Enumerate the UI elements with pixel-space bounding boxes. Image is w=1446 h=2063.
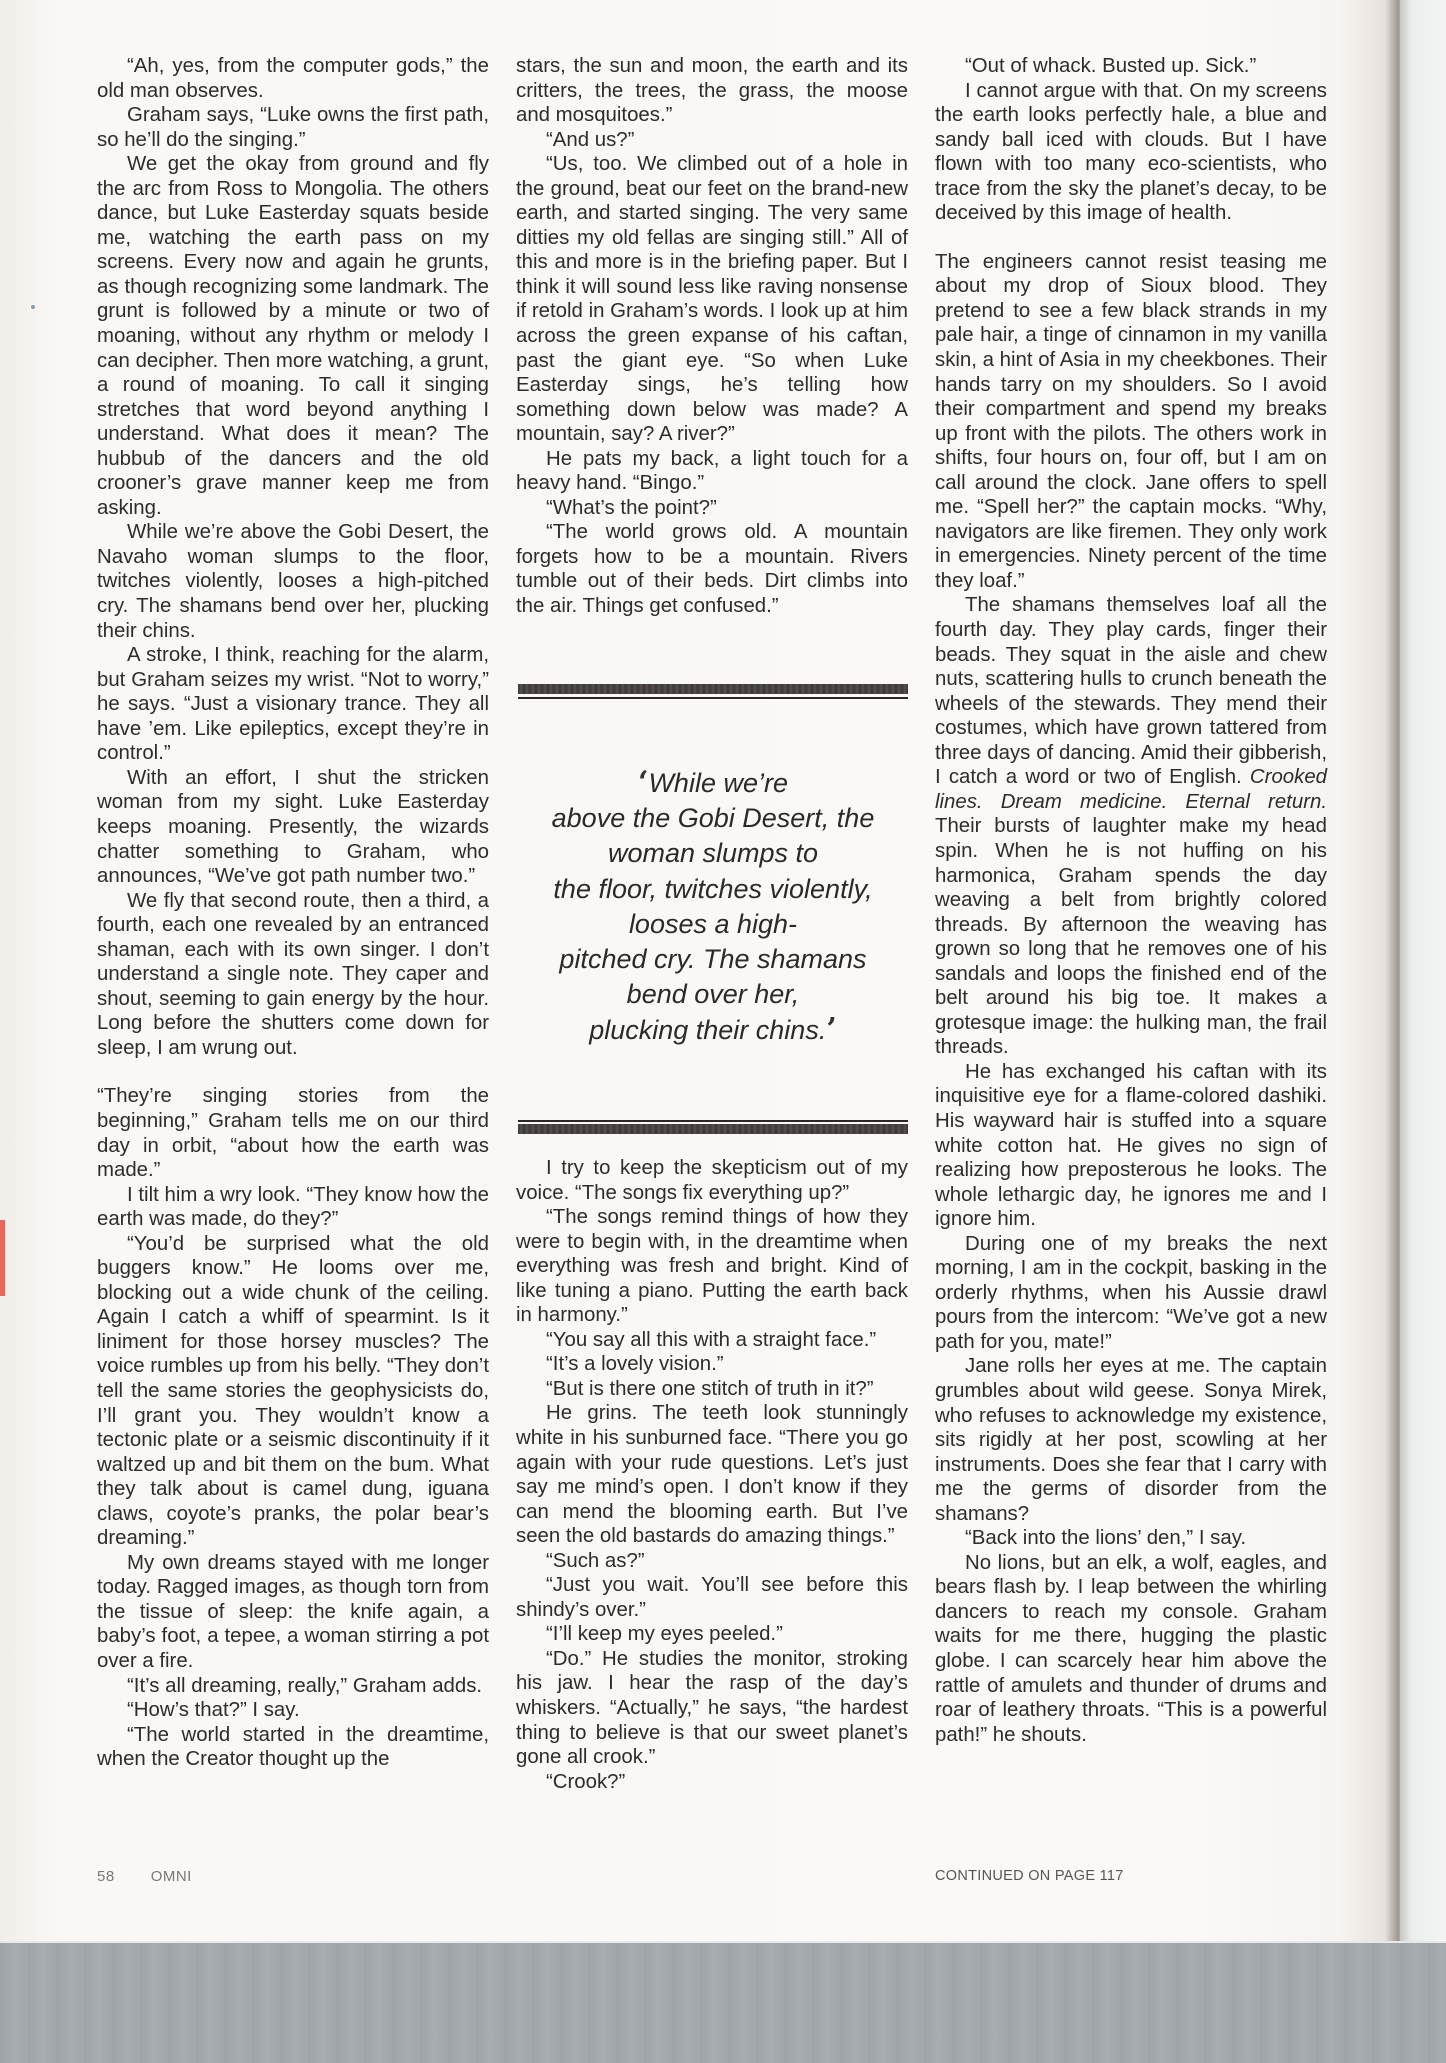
paragraph: A stroke, I think, reaching for the alar… — [97, 643, 489, 766]
paragraph: “Back into the lions’ den,” I say. — [935, 1526, 1327, 1551]
paragraph: I tilt him a wry look. “They know how th… — [97, 1183, 489, 1232]
paragraph: While we’re above the Gobi Desert, the N… — [97, 520, 489, 643]
paragraph: He pats my back, a light touch for a hea… — [516, 447, 908, 496]
paragraph: “How’s that?” I say. — [97, 1698, 489, 1723]
paragraph: I try to keep the skepticism out of my v… — [516, 1156, 908, 1205]
scanner-background — [0, 1941, 1446, 2063]
paragraph: He has exchanged his caftan with its inq… — [935, 1060, 1327, 1232]
paragraph: “You’d be surprised what the old buggers… — [97, 1232, 489, 1551]
print-speck — [31, 305, 35, 309]
close-quote-icon: ’ — [826, 1012, 836, 1047]
paragraph: “The world grows old. A mountain forgets… — [516, 520, 908, 618]
paragraph: “And us?” — [516, 128, 908, 153]
paragraph: I cannot argue with that. On my screens … — [935, 79, 1327, 226]
section-start-paragraph: “They’re singing stories from the beginn… — [97, 1084, 489, 1182]
pullquote-bottom-thin-rule — [518, 1120, 908, 1122]
section-start-paragraph: The engineers cannot resist teasing me a… — [935, 250, 1327, 594]
pull-quote: ‘While we’re above the Gobi Desert, the … — [518, 765, 908, 1049]
paragraph: “Us, too. We climbed out of a hole in th… — [516, 152, 908, 447]
article-column-middle: stars, the sun and moon, the earth and i… — [516, 54, 908, 619]
pullquote-line: looses a high- — [518, 907, 908, 942]
paragraph: “The songs remind things of how they wer… — [516, 1205, 908, 1328]
red-edge-mark — [0, 1220, 5, 1296]
magazine-name: OMNI — [151, 1868, 192, 1885]
paragraph: “Out of whack. Busted up. Sick.” — [935, 54, 1327, 79]
paragraph: No lions, but an elk, a wolf, eagles, an… — [935, 1551, 1327, 1747]
paragraph: “What’s the point?” — [516, 496, 908, 521]
paragraph: Graham says, “Luke owns the first path, … — [97, 103, 489, 152]
pullquote-line: the floor, twitches violently, — [518, 872, 908, 907]
article-column-left: “Ah, yes, from the computer gods,” the o… — [97, 54, 489, 1772]
paragraph: The shamans themselves loaf all the four… — [935, 593, 1327, 1059]
paragraph: “Crook?” — [516, 1770, 908, 1795]
paragraph: During one of my breaks the next morning… — [935, 1232, 1327, 1355]
paragraph: “Just you wait. You’ll see before this s… — [516, 1573, 908, 1622]
article-column-middle-continued: I try to keep the skepticism out of my v… — [516, 1156, 908, 1794]
page-footer: 58OMNI — [97, 1868, 192, 1885]
pullquote-top-thin-rule — [518, 697, 908, 699]
page-number: 58 — [97, 1868, 115, 1885]
paragraph: My own dreams stayed with me longer toda… — [97, 1551, 489, 1674]
paragraph: “It’s all dreaming, really,” Graham adds… — [97, 1674, 489, 1699]
pullquote-line: pitched cry. The shamans — [518, 942, 908, 977]
paragraph: “Ah, yes, from the computer gods,” the o… — [97, 54, 489, 103]
paragraph: “Do.” He studies the monitor, stroking h… — [516, 1647, 908, 1770]
paragraph: With an effort, I shut the stricken woma… — [97, 766, 489, 889]
article-column-right: “Out of whack. Busted up. Sick.” I canno… — [935, 54, 1327, 1747]
pullquote-bottom-thick-rule — [518, 1124, 908, 1134]
paragraph: stars, the sun and moon, the earth and i… — [516, 54, 908, 128]
paragraph: We get the okay from ground and fly the … — [97, 152, 489, 520]
open-quote-icon: ‘ — [638, 765, 648, 800]
pullquote-line: ‘While we’re — [518, 765, 908, 801]
paragraph: We fly that second route, then a third, … — [97, 889, 489, 1061]
paragraph: “But is there one stitch of truth in it?… — [516, 1377, 908, 1402]
paragraph: “It’s a lovely vision.” — [516, 1352, 908, 1377]
paragraph: “Such as?” — [516, 1549, 908, 1574]
pullquote-line: plucking their chins.’ — [518, 1012, 908, 1048]
pullquote-line: above the Gobi Desert, the — [518, 801, 908, 836]
continued-notice: CONTINUED ON PAGE 117 — [935, 1868, 1124, 1884]
paragraph: He grins. The teeth look stunningly whit… — [516, 1401, 908, 1548]
pullquote-line: bend over her, — [518, 977, 908, 1012]
pullquote-line: woman slumps to — [518, 836, 908, 871]
paragraph: “I’ll keep my eyes peeled.” — [516, 1622, 908, 1647]
paragraph: Jane rolls her eyes at me. The captain g… — [935, 1354, 1327, 1526]
pullquote-top-thick-rule — [518, 684, 908, 694]
next-page-edge — [1400, 0, 1446, 1941]
paragraph: “The world started in the dreamtime, whe… — [97, 1723, 489, 1772]
paragraph: “You say all this with a straight face.” — [516, 1328, 908, 1353]
